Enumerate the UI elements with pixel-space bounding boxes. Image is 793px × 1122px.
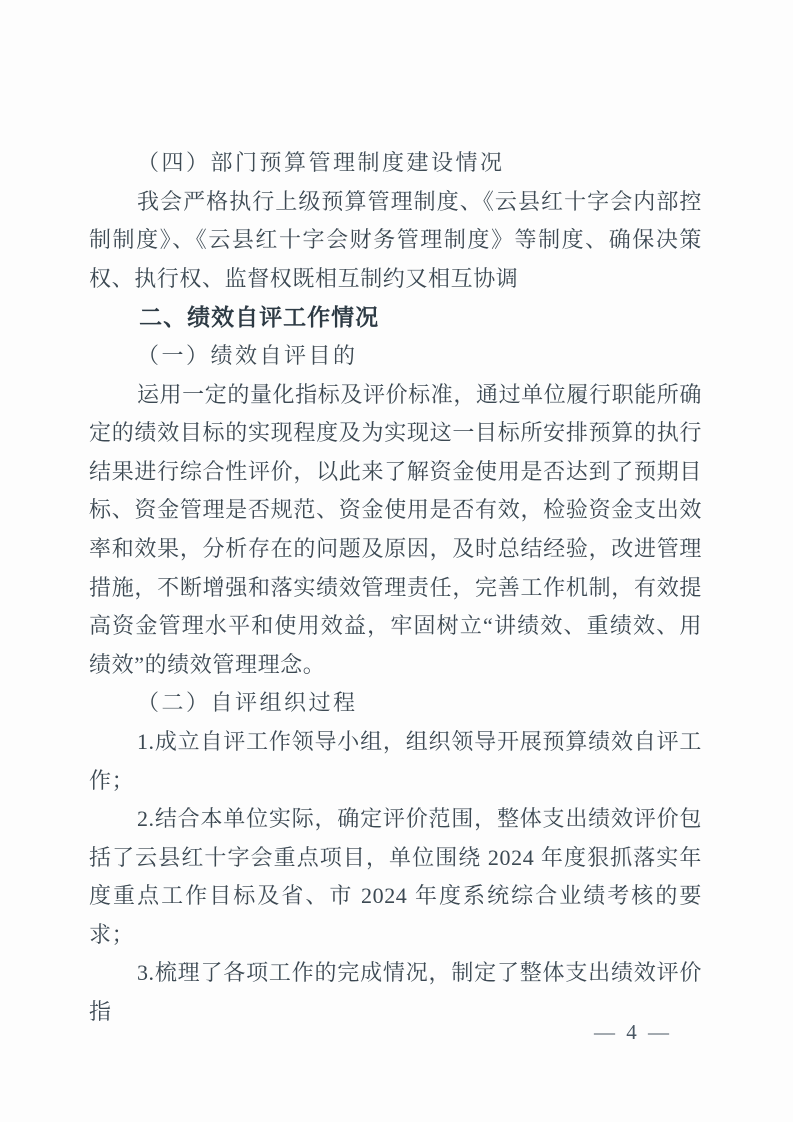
subheading-2-2-organization-process: （二）自评组织过程 — [89, 684, 702, 723]
paragraph-process-item-2: 2.结合本单位实际，确定评价范围，整体支出绩效评价包括了云县红十字会重点项目，单… — [89, 800, 702, 954]
paragraph-process-item-1: 1.成立自评工作领导小组，组织领导开展预算绩效自评工作； — [89, 723, 702, 800]
subheading-2-1-evaluation-purpose: （一）绩效自评目的 — [89, 337, 702, 376]
paragraph-budget-system-detail: 我会严格执行上级预算管理制度、《云县红十字会内部控制制度》、《云县红十字会财务管… — [89, 183, 702, 299]
scanned-document-page: （四）部门预算管理制度建设情况 我会严格执行上级预算管理制度、《云县红十字会内部… — [0, 0, 793, 1122]
document-body: （四）部门预算管理制度建设情况 我会严格执行上级预算管理制度、《云县红十字会内部… — [89, 144, 702, 1032]
subheading-section-4-budget-system: （四）部门预算管理制度建设情况 — [89, 144, 702, 183]
paragraph-evaluation-purpose-detail: 运用一定的量化指标及评价标准，通过单位履行职能所确定的绩效目标的实现程度及为实现… — [89, 376, 702, 685]
page-number: — 4 — — [594, 1020, 672, 1045]
heading-part-2-performance-self-evaluation: 二、绩效自评工作情况 — [89, 298, 702, 337]
